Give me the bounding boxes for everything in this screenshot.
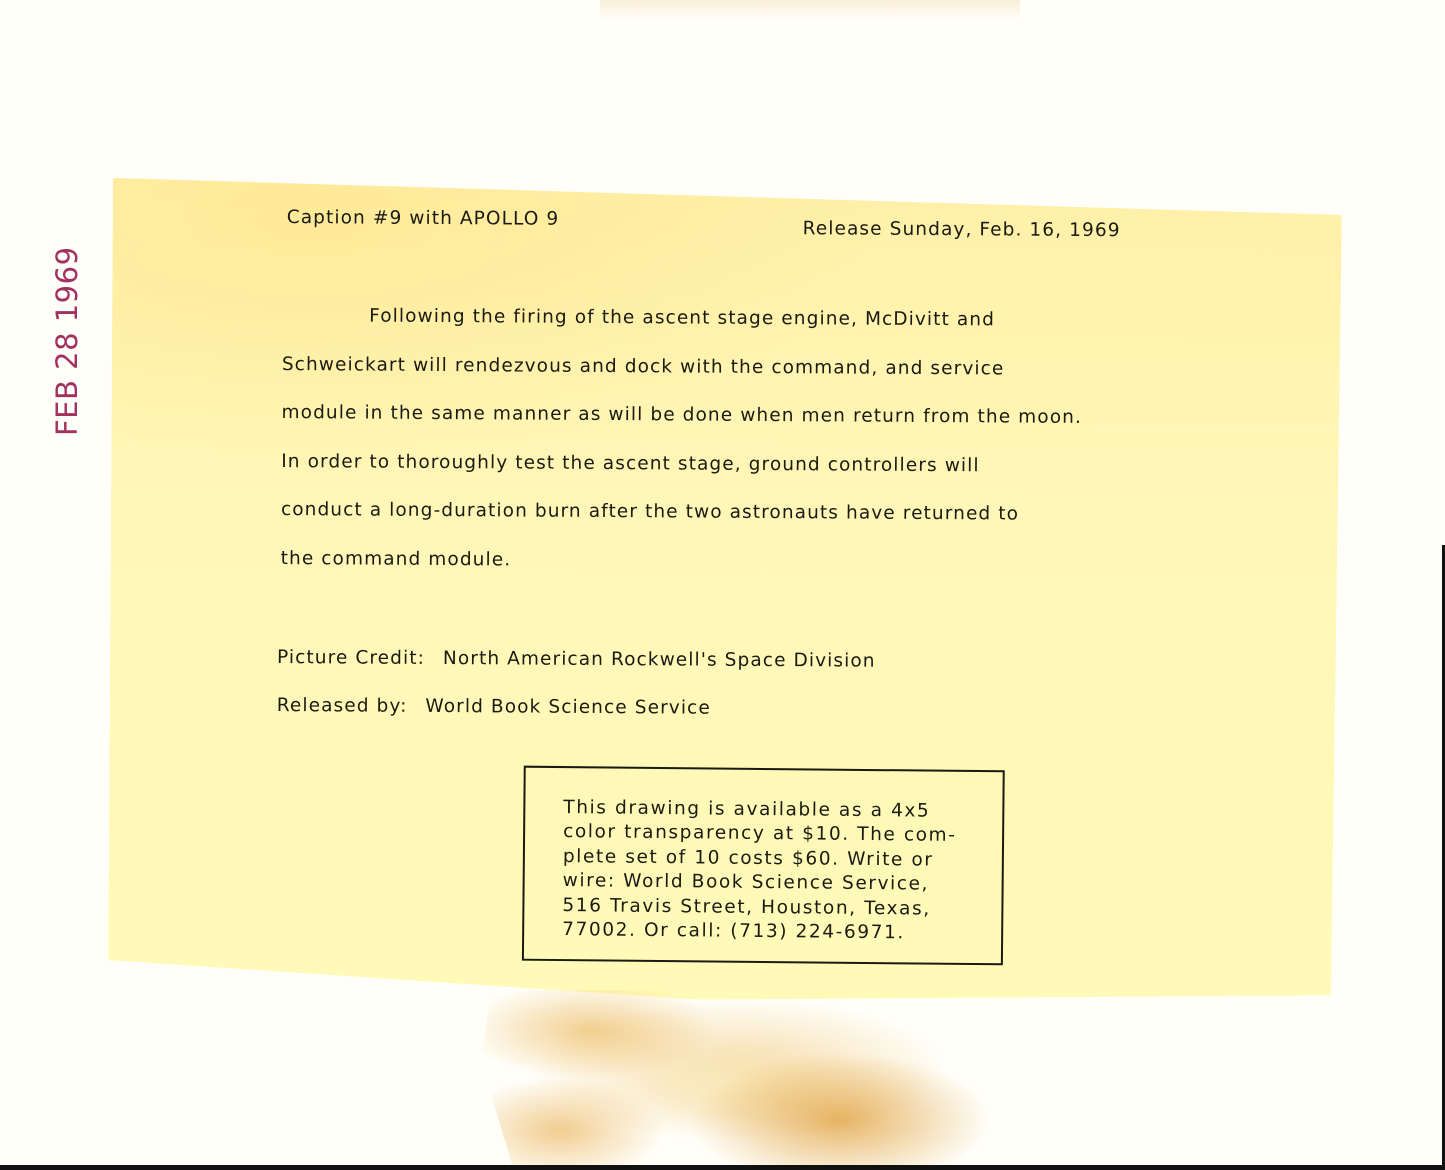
- order-line: 516 Travis Street, Houston, Texas,: [562, 894, 956, 922]
- adhesive-stain: [470, 990, 1010, 1168]
- body-line: module in the same manner as will be don…: [281, 402, 1181, 456]
- release-date: Release Sunday, Feb. 16, 1969: [803, 218, 1121, 241]
- received-date-stamp: FEB 28 1969: [50, 246, 84, 436]
- scan-top-discoloration: [600, 0, 1020, 20]
- order-info-box: This drawing is available as a 4x5 color…: [522, 766, 1005, 966]
- caption-sheet: Caption #9 with APOLLO 9 Release Sunday,…: [108, 178, 1342, 1003]
- caption-body: Following the firing of the ascent stage…: [280, 305, 1182, 601]
- caption-id: Caption #9 with APOLLO 9: [287, 207, 560, 230]
- body-line: Following the firing of the ascent stage…: [282, 305, 1182, 359]
- picture-credit: Picture Credit:North American Rockwell's…: [277, 647, 876, 699]
- order-info-text: This drawing is available as a 4x5 color…: [562, 796, 957, 946]
- released-by: Released by:World Book Science Service: [277, 695, 876, 747]
- order-line: 77002. Or call: (713) 224-6971.: [562, 918, 956, 946]
- picture-credit-value: North American Rockwell's Space Division: [443, 648, 876, 672]
- order-line: This drawing is available as a 4x5: [563, 796, 957, 824]
- scan-border-bottom: [0, 1165, 1445, 1170]
- body-line: Schweickart will rendezvous and dock wit…: [282, 354, 1182, 408]
- order-line: wire: World Book Science Service,: [563, 869, 957, 897]
- picture-credit-label: Picture Credit:: [277, 647, 425, 669]
- released-by-value: World Book Science Service: [425, 696, 711, 719]
- order-line: color transparency at $10. The com-: [563, 820, 957, 848]
- body-line: the command module.: [280, 548, 1180, 602]
- body-line: In order to thoroughly test the ascent s…: [281, 451, 1181, 505]
- credits-block: Picture Credit:North American Rockwell's…: [277, 647, 876, 747]
- released-by-label: Released by:: [277, 695, 408, 717]
- body-line: conduct a long-duration burn after the t…: [281, 499, 1181, 553]
- order-line: plete set of 10 costs $60. Write or: [563, 845, 957, 873]
